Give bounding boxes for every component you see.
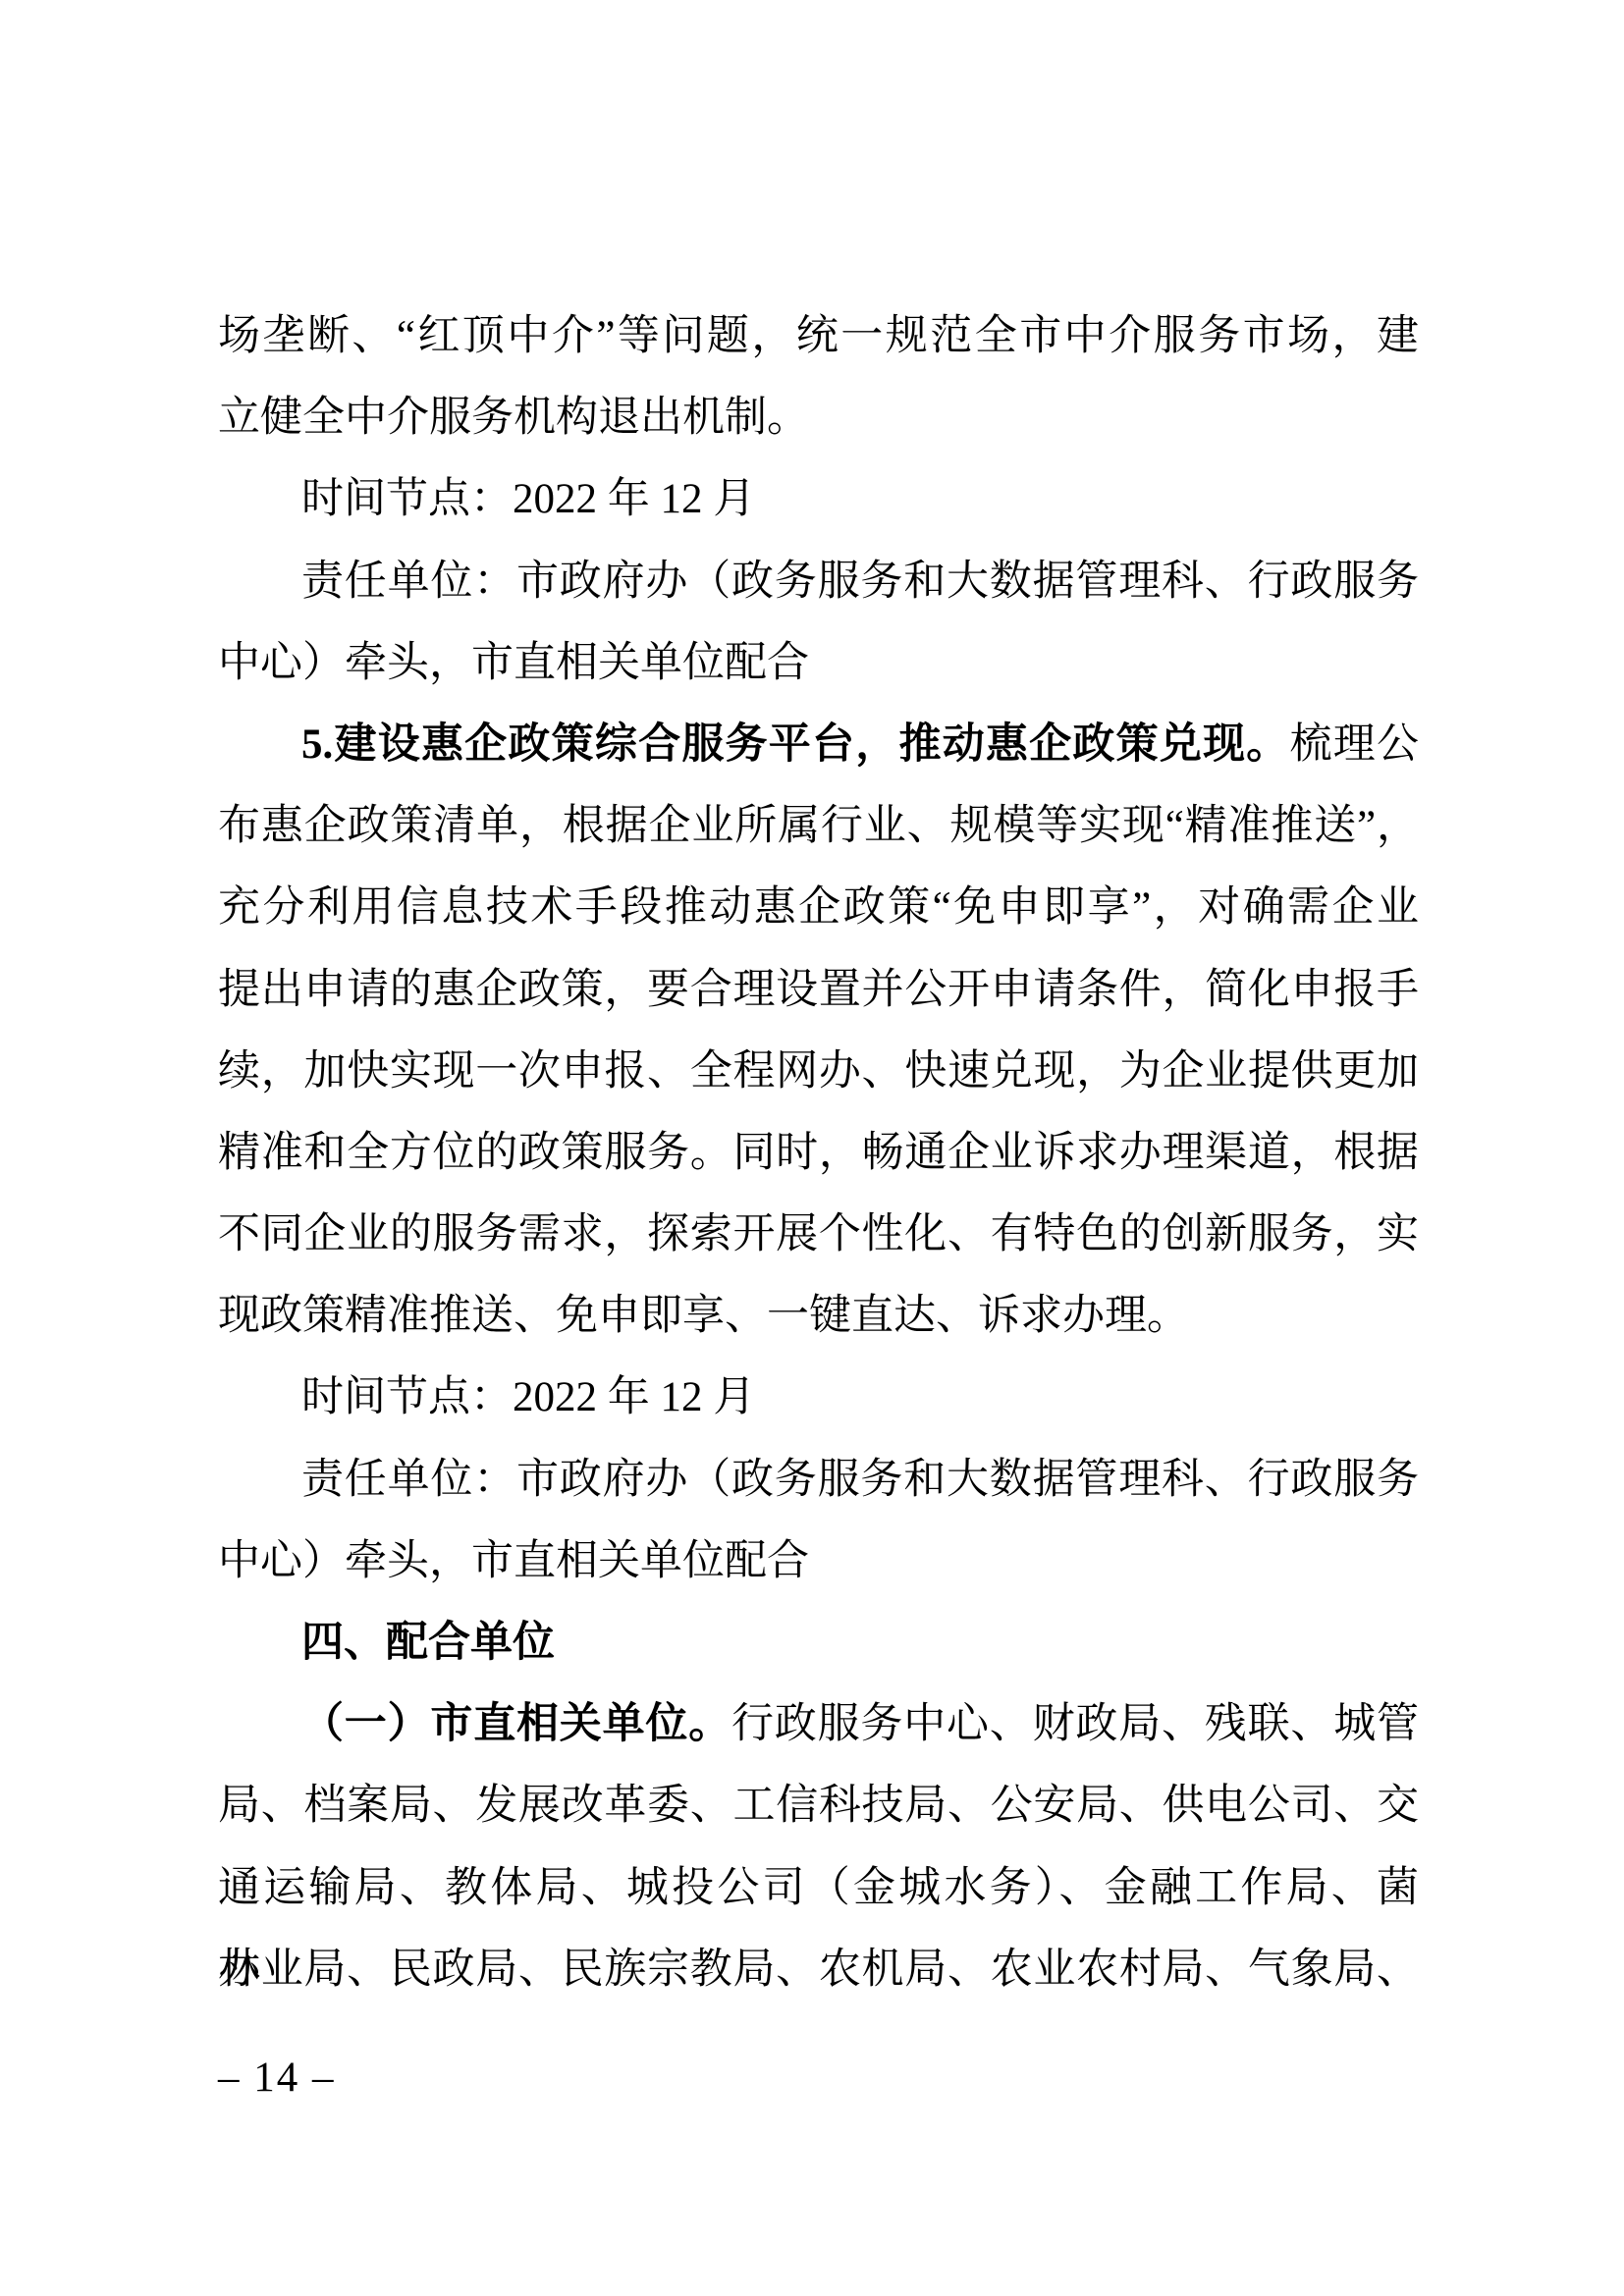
text-segment: 行政服务中心、财政局、残联、城管 <box>731 1701 1419 1747</box>
text-segment: 场垄断、“红顶中介”等问题，统一规范全市中介服务市场，建 <box>218 313 1419 359</box>
text-segment: 中心）牵头，市直相关单位配合 <box>218 1538 809 1584</box>
text-segment: 续，加快实现一次申报、全程网办、快速兑现，为企业提供更加 <box>218 1048 1419 1095</box>
text-line: 立健全中介服务机构退出机制。 <box>218 377 1419 458</box>
text-line: 布惠企政策清单，根据企业所属行业、规模等实现“精准推送”， <box>218 785 1419 867</box>
text-segment: 现政策精准推送、免申即享、一键直达、诉求办理。 <box>218 1293 1189 1339</box>
text-line: 中心）牵头，市直相关单位配合 <box>218 1521 1419 1602</box>
document-page: 场垄断、“红顶中介”等问题，统一规范全市中介服务市场，建立健全中介服务机构退出机… <box>0 0 1624 2296</box>
text-line: 精准和全方位的政策服务。同时，畅通企业诉求办理渠道，根据 <box>218 1112 1419 1194</box>
text-line: 局、档案局、发展改革委、工信科技局、公安局、供电公司、交 <box>218 1765 1419 1846</box>
bold-text-segment: 四、配合单位 <box>301 1620 555 1666</box>
text-line: 现政策精准推送、免申即享、一键直达、诉求办理。 <box>218 1275 1419 1357</box>
document-body: 场垄断、“红顶中介”等问题，统一规范全市中介服务市场，建立健全中介服务机构退出机… <box>218 295 1419 2010</box>
text-segment: 布惠企政策清单，根据企业所属行业、规模等实现“精准推送”， <box>218 803 1419 849</box>
text-line: 提出申请的惠企政策，要合理设置并公开申请条件，简化申报手 <box>218 949 1419 1031</box>
text-line: 责任单位：市政府办（政务服务和大数据管理科、行政服务 <box>218 541 1419 622</box>
text-segment: 精准和全方位的政策服务。同时，畅通企业诉求办理渠道，根据 <box>218 1130 1419 1176</box>
text-line: 续，加快实现一次申报、全程网办、快速兑现，为企业提供更加 <box>218 1031 1419 1112</box>
text-line: 时间节点：2022 年 12 月 <box>218 458 1419 540</box>
text-segment: 不同企业的服务需求，探索开展个性化、有特色的创新服务，实 <box>218 1211 1419 1257</box>
bold-text-segment: 5.建设惠企政策综合服务平台，推动惠企政策兑现。 <box>301 721 1290 768</box>
text-line: 时间节点：2022 年 12 月 <box>218 1357 1419 1438</box>
text-segment: 局、档案局、发展改革委、工信科技局、公安局、供电公司、交 <box>218 1783 1419 1829</box>
text-segment: 责任单位：市政府办（政务服务和大数据管理科、行政服务 <box>301 559 1419 605</box>
text-line: 中心）牵头，市直相关单位配合 <box>218 622 1419 704</box>
text-segment: 时间节点：2022 年 12 月 <box>301 1374 755 1420</box>
text-segment: 林业局、民政局、民族宗教局、农机局、农业农村局、气象局、 <box>218 1947 1419 1993</box>
text-line: 林业局、民政局、民族宗教局、农机局、农业农村局、气象局、 <box>218 1929 1419 2010</box>
text-segment: 提出申请的惠企政策，要合理设置并公开申请条件，简化申报手 <box>218 967 1419 1013</box>
text-line: 充分利用信息技术手段推动惠企政策“免申即享”，对确需企业 <box>218 867 1419 948</box>
text-segment: 梳理公 <box>1290 721 1419 768</box>
text-segment: 立健全中介服务机构退出机制。 <box>218 395 809 441</box>
text-line: 不同企业的服务需求，探索开展个性化、有特色的创新服务，实 <box>218 1194 1419 1275</box>
text-segment: 中心）牵头，市直相关单位配合 <box>218 640 809 686</box>
text-line: 场垄断、“红顶中介”等问题，统一规范全市中介服务市场，建 <box>218 295 1419 377</box>
text-segment: 责任单位：市政府办（政务服务和大数据管理科、行政服务 <box>301 1457 1419 1503</box>
text-line: 通运输局、教体局、城投公司（金城水务）、金融工作局、菌办、 <box>218 1847 1419 1929</box>
text-segment: 时间节点：2022 年 12 月 <box>301 476 755 522</box>
text-line: 四、配合单位 <box>218 1602 1419 1683</box>
page-number: – 14 – <box>218 2055 336 2101</box>
text-line: （一）市直相关单位。行政服务中心、财政局、残联、城管 <box>218 1683 1419 1765</box>
bold-text-segment: （一）市直相关单位。 <box>301 1701 731 1747</box>
text-line: 5.建设惠企政策综合服务平台，推动惠企政策兑现。梳理公 <box>218 704 1419 785</box>
text-line: 责任单位：市政府办（政务服务和大数据管理科、行政服务 <box>218 1439 1419 1521</box>
text-segment: 充分利用信息技术手段推动惠企政策“免申即享”，对确需企业 <box>218 884 1419 931</box>
